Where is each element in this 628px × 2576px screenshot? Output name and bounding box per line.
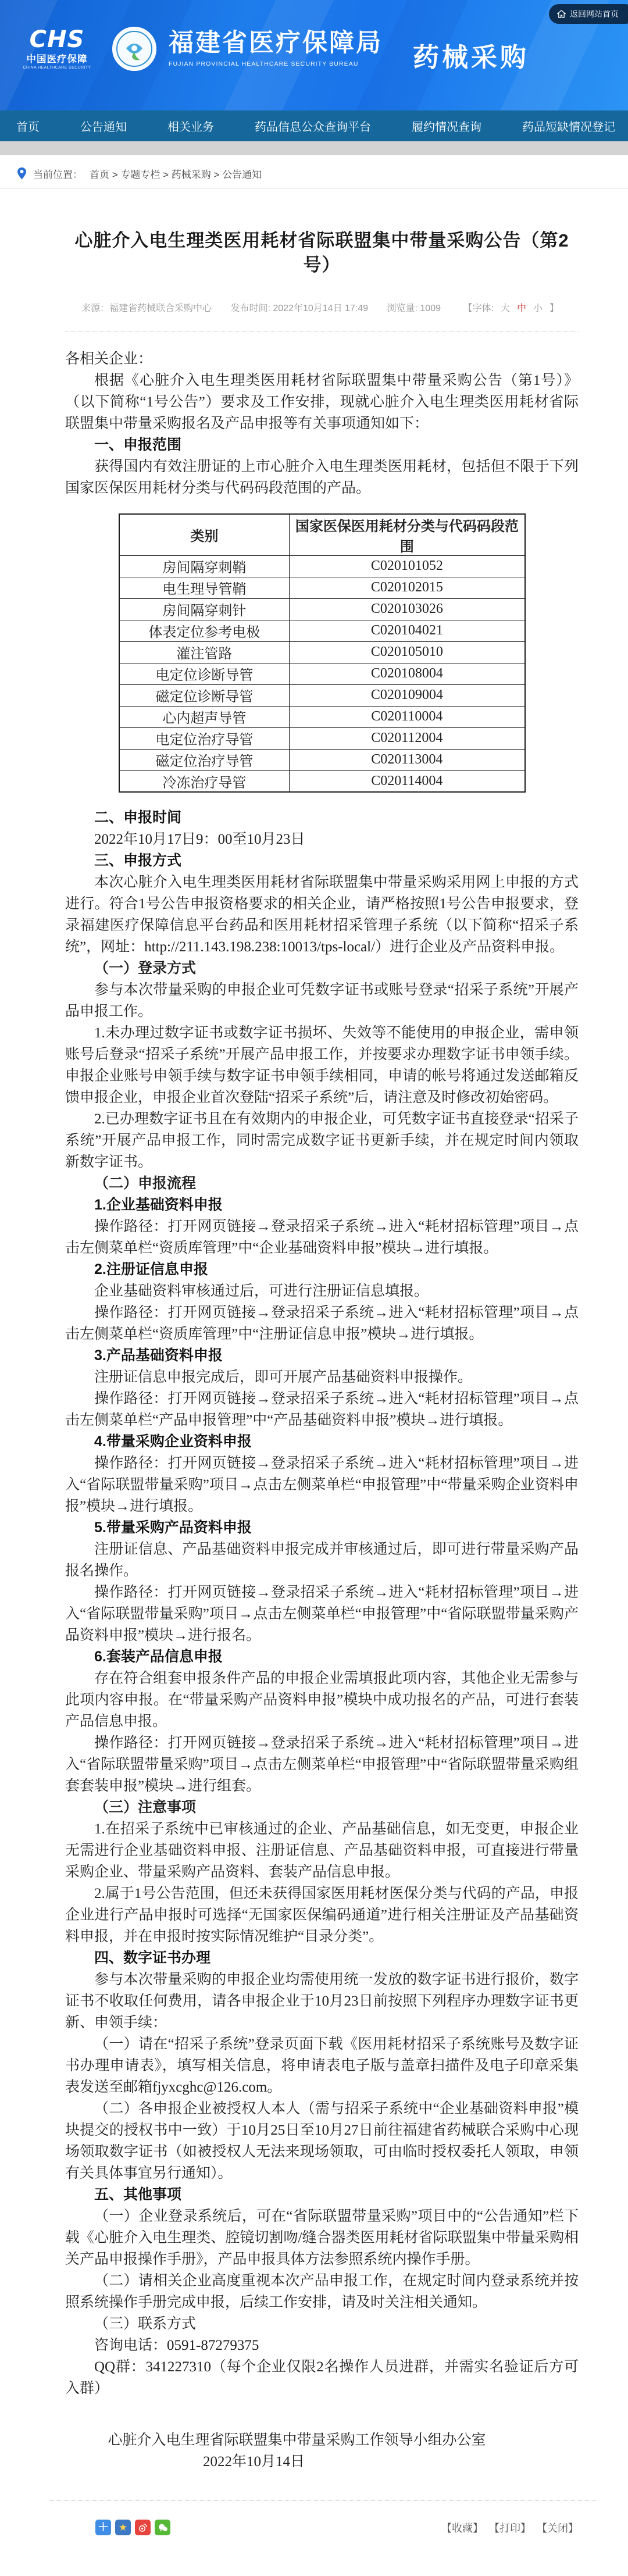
article-block: （三）联系方式 [65, 2313, 579, 2335]
code-cell: C020113004 [290, 749, 525, 770]
article-body-top: 各相关企业：根据《心脏介入电生理类医用耗材省际联盟集中带量采购公告（第1号）》（… [65, 348, 579, 499]
font-size-switcher: 【字体:大中小】 [459, 304, 562, 313]
divider-dotted [65, 331, 579, 332]
chs-logo-en: CHINA HEALTHCARE SECURITY [20, 66, 94, 70]
article-block: （二）申报流程 [65, 1173, 579, 1194]
site-section-title: 药械采购 [413, 36, 529, 74]
article-block: 2.已办理数字证书且在有效期内的申报企业，可凭数字证书直接登录“招采子系统”开展… [65, 1108, 579, 1173]
article-block: （一）请在“招采子系统”登录页面下载《医用耗材招采子系统账号及数字证书办理申请表… [65, 2033, 579, 2098]
site-header: 返回网站首页 CHS 中国医疗保障 CHINA HEALTHCARE SECUR… [0, 0, 628, 110]
chs-logo: CHS 中国医疗保障 CHINA HEALTHCARE SECURITY [20, 27, 94, 70]
action-link[interactable]: 【关闭】 [537, 2520, 579, 2535]
code-range-table: 类别国家医保医用耗材分类与代码码段范围 房间隔穿刺鞘 C020101052 电生… [119, 513, 526, 793]
article-footer: ＋ ★ 【收藏】【打印】【关闭】 [65, 2520, 579, 2535]
article-block: 获得国内有效注册证的上市心脏介入电生理类医用耗材，包括但不限于下列国家医保医用耗… [65, 456, 579, 499]
chs-logo-cn: 中国医疗保障 [20, 54, 94, 65]
nav-item[interactable]: 药品短缺情况登记 [522, 117, 615, 134]
article-block: 参与本次带量采购的申报企业可凭数字证书或账号登录“招采子系统”开展产品申报工作。 [65, 979, 579, 1022]
font-size-small-button[interactable]: 小 [533, 304, 543, 313]
article-block: 参与本次带量采购的申报企业均需使用统一发放的数字证书进行报价，数字证书不收取任何… [65, 1969, 579, 2033]
article-block: 操作路径：打开网页链接→登录招采子系统→进入“耗材招标管理”项目→点击左侧菜单栏… [65, 1388, 579, 1431]
article-block: 三、申报方式 [65, 850, 579, 872]
nav-item[interactable]: 首页 [16, 117, 40, 134]
category-cell: 灌注管路 [119, 641, 290, 663]
brand-row: CHS 中国医疗保障 CHINA HEALTHCARE SECURITY 福建省… [0, 0, 628, 74]
article: 心脏介入电生理类医用耗材省际联盟集中带量采购公告（第2号） 来源：福建省药械联合… [0, 229, 628, 2535]
code-cell: C020114004 [290, 770, 525, 792]
article-block: 操作路径：打开网页链接→登录招采子系统→进入“耗材招标管理”项目→进入“省际联盟… [65, 1582, 579, 1646]
code-cell: C020109004 [290, 684, 525, 706]
category-cell: 电定位治疗导管 [119, 727, 290, 749]
article-block: 一、申报范围 [65, 434, 579, 456]
article-block: （一）企业登录系统后，可在“省际联盟带量采购”项目中的“公告通知”栏下载《心脏介… [65, 2206, 579, 2270]
chs-acronym: CHS [20, 27, 94, 52]
article-block: 存在符合组套申报条件产品的申报企业需填报此项内容，其他企业无需参与此项内容申报。… [65, 1668, 579, 1732]
bureau-name-cn: 福建省医疗保障局 [169, 30, 383, 57]
article-block: 操作路径：打开网页链接→登录招采子系统→进入“耗材招标管理”项目→进入“省际联盟… [65, 1732, 579, 1797]
article-block: 四、数字证书办理 [65, 1947, 579, 1969]
back-to-home-link[interactable]: 返回网站首页 [549, 4, 628, 24]
code-cell: C020105010 [290, 641, 525, 663]
table-row: 电生理导管鞘 C020102015 [119, 577, 525, 598]
article-meta: 来源：福建省药械联合采购中心 发布时间: 2022年10月14日 17:49 浏… [65, 301, 579, 314]
article-block: 根据《心脏介入电生理类医用耗材省际联盟集中带量采购公告（第1号）》（以下简称“1… [65, 370, 579, 434]
nav-item[interactable]: 公告通知 [80, 117, 127, 134]
category-cell: 冷冻治疗导管 [119, 770, 290, 792]
signature-office: 心脏介入电生理省际联盟集中带量采购工作领导小组办公室 [65, 2429, 529, 2451]
article-block: 注册证信息申报完成后，即可开展产品基础资料申报操作。 [65, 1367, 579, 1388]
category-cell: 房间隔穿刺针 [119, 598, 290, 620]
article-block: 5.带量采购产品资料申报 [65, 1517, 579, 1539]
breadcrumb-prefix: 当前位置： [33, 166, 83, 181]
article-block: 注册证信息、产品基础资料申报完成并审核通过后，即可进行带量采购产品报名操作。 [65, 1539, 579, 1582]
category-cell: 心内超声导管 [119, 706, 290, 727]
table-row: 房间隔穿刺鞘 C020101052 [119, 555, 525, 577]
article-block: QQ群：341227310（每个企业仅限2名操作人员进群，并需实名验证后方可入群… [65, 2356, 579, 2399]
action-link[interactable]: 【收藏】 [441, 2520, 483, 2535]
article-block: 五、其他事项 [65, 2184, 579, 2206]
bureau-emblem-icon [112, 26, 157, 72]
page-title: 心脏介入电生理类医用耗材省际联盟集中带量采购公告（第2号） [65, 229, 579, 277]
article-block: 操作路径：打开网页链接→登录招采子系统→进入“耗材招标管理”项目→点击左侧菜单栏… [65, 1216, 579, 1259]
nav-item[interactable]: 相关业务 [167, 117, 214, 134]
table-header-cell: 类别 [119, 514, 290, 556]
article-block: 操作路径：打开网页链接→登录招采子系统→进入“耗材招标管理”项目→进入“省际联盟… [65, 1453, 579, 1517]
article-block: （二）请相关企业高度重视本次产品申报工作，在规定时间内登录系统并按照系统操作手册… [65, 2270, 579, 2313]
article-block: 本次心脏介入电生理类医用耗材省际联盟集中带量采购采用网上申报的方式进行。符合1号… [65, 872, 579, 958]
wechat-icon[interactable] [155, 2520, 170, 2535]
category-cell: 电生理导管鞘 [119, 577, 290, 598]
meta-views: 浏览量: 1009 [387, 304, 441, 313]
action-links: 【收藏】【打印】【关闭】 [441, 2520, 579, 2535]
code-cell: C020112004 [290, 727, 525, 749]
table-row: 冷冻治疗导管 C020114004 [119, 770, 525, 792]
table-row: 体表定位参考电极 C020104021 [119, 620, 525, 641]
meta-source: 来源：福建省药械联合采购中心 [81, 304, 212, 313]
article-block: 各相关企业： [65, 348, 579, 370]
font-size-medium-button[interactable]: 中 [517, 304, 526, 313]
bureau-title: 福建省医疗保障局 FUJIAN PROVINCIAL HEALTHCARE SE… [169, 30, 383, 68]
category-cell: 磁定位诊断导管 [119, 684, 290, 706]
content: 当前位置： 首页 > 专题专栏 > 药械采购 > 公告通知 心脏介入电生理类医用… [0, 155, 628, 2535]
article-block: （一）登录方式 [65, 958, 579, 979]
font-size-large-button[interactable]: 大 [501, 304, 510, 313]
main-nav: 首页公告通知相关业务药品信息公众查询平台履约情况查询药品短缺情况登记 [0, 110, 628, 141]
breadcrumb-path[interactable]: 首页 > 专题专栏 > 药械采购 > 公告通知 [90, 166, 262, 181]
category-cell: 磁定位治疗导管 [119, 749, 290, 770]
weibo-icon[interactable] [135, 2520, 151, 2535]
footer-divider-dotted [48, 2500, 596, 2501]
article-block: 2.属于1号公告范围，但还未获得国家医用耗材医保分类与代码的产品，申报企业进行产… [65, 1883, 579, 1947]
font-label: 【字体: [463, 304, 493, 313]
article-block: 3.产品基础资料申报 [65, 1345, 579, 1367]
location-pin-icon [17, 167, 26, 180]
article-block: 6.套装产品信息申报 [65, 1646, 579, 1668]
article-block: 2.注册证信息申报 [65, 1259, 579, 1280]
article-block: 1.在招采子系统中已审核通过的企业、产品基础信息，如无变更，申报企业无需进行企业… [65, 1818, 579, 1883]
table-row: 心内超声导管 C020110004 [119, 706, 525, 727]
category-cell: 体表定位参考电极 [119, 620, 290, 641]
table-row: 磁定位治疗导管 C020113004 [119, 749, 525, 770]
table-row: 磁定位诊断导管 C020109004 [119, 684, 525, 706]
article-block: 2022年10月17日9：00至10月23日 [65, 829, 579, 850]
table-row: 灌注管路 C020105010 [119, 641, 525, 663]
back-to-home-label: 返回网站首页 [570, 8, 619, 20]
article-block: 企业基础资料审核通过后，可进行注册证信息填报。 [65, 1280, 579, 1302]
signature-block: 心脏介入电生理省际联盟集中带量采购工作领导小组办公室 2022年10月14日 [65, 2429, 579, 2472]
home-icon [557, 10, 566, 18]
article-block: （三）注意事项 [65, 1797, 579, 1818]
article-block: 4.带量采购企业资料申报 [65, 1431, 579, 1453]
code-cell: C020104021 [290, 620, 525, 641]
meta-published: 发布时间: 2022年10月14日 17:49 [230, 304, 368, 313]
qzone-icon[interactable]: ★ [115, 2520, 131, 2535]
table-row: 房间隔穿刺针 C020103026 [119, 598, 525, 620]
article-block: 1.企业基础资料申报 [65, 1194, 579, 1216]
article-block: 咨询电话：0591-87279375 [65, 2335, 579, 2356]
category-cell: 房间隔穿刺鞘 [119, 555, 290, 577]
code-cell: C020110004 [290, 706, 525, 727]
bureau-name-en: FUJIAN PROVINCIAL HEALTHCARE SECURITY BU… [169, 61, 383, 68]
category-cell: 电定位诊断导管 [119, 663, 290, 684]
table-header-row: 类别国家医保医用耗材分类与代码码段范围 [119, 514, 525, 556]
article-block: 操作路径：打开网页链接→登录招采子系统→进入“耗材招标管理”项目→点击左侧菜单栏… [65, 1302, 579, 1345]
share-more-icon[interactable]: ＋ [95, 2520, 111, 2535]
table-row: 电定位诊断导管 C020108004 [119, 663, 525, 684]
nav-item[interactable]: 履约情况查询 [412, 117, 481, 134]
article-body-bottom: 二、申报时间2022年10月17日9：00至10月23日三、申报方式本次心脏介入… [65, 807, 579, 2399]
code-cell: C020108004 [290, 663, 525, 684]
breadcrumb: 当前位置： 首页 > 专题专栏 > 药械采购 > 公告通知 [0, 155, 628, 189]
article-block: （二）各申报企业被授权人本人（需与招采子系统中“企业基础资料申报”模块提交的授权… [65, 2098, 579, 2184]
table-header-cell: 国家医保医用耗材分类与代码码段范围 [290, 514, 525, 556]
signature-date: 2022年10月14日 [203, 2451, 579, 2472]
action-link[interactable]: 【打印】 [489, 2520, 531, 2535]
gray-strip [0, 141, 628, 155]
article-block: 二、申报时间 [65, 807, 579, 829]
share-bar: ＋ ★ [95, 2520, 170, 2535]
article-block: 1.未办理过数字证书或数字证书损坏、失效等不能使用的申报企业，需申领账号后登录“… [65, 1022, 579, 1108]
font-label-end: 】 [549, 304, 559, 313]
nav-item[interactable]: 药品信息公众查询平台 [255, 117, 371, 134]
code-cell: C020102015 [290, 577, 525, 598]
table-row: 电定位治疗导管 C020112004 [119, 727, 525, 749]
code-cell: C020103026 [290, 598, 525, 620]
code-cell: C020101052 [290, 555, 525, 577]
